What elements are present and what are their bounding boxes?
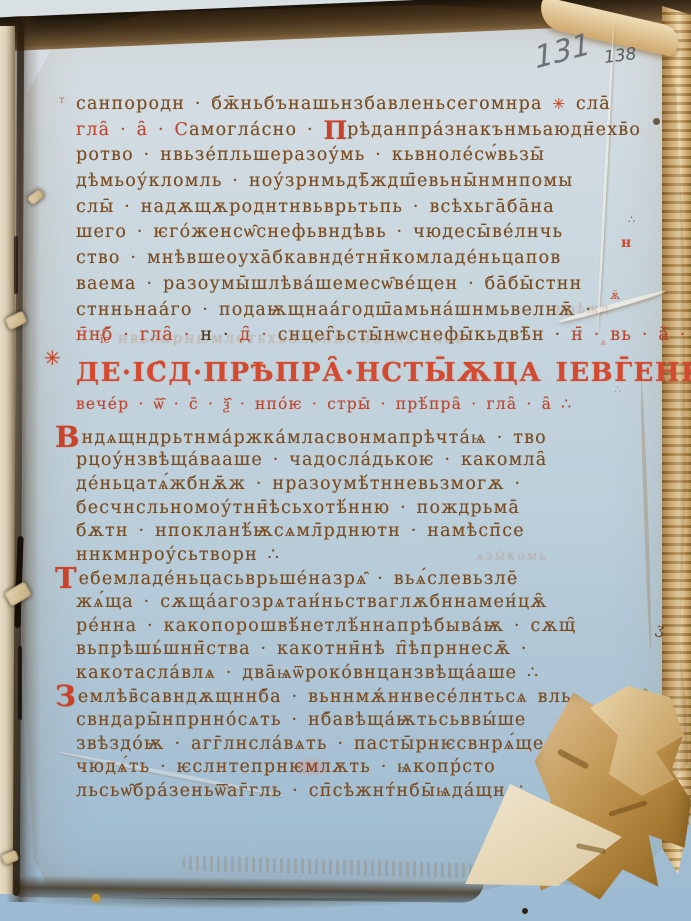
margin-letter-ya: ѧ bbox=[600, 336, 607, 347]
text-line: ннкмнроу́сьтворн ∴ bbox=[76, 544, 656, 568]
text-segment: стнньнаа́го · подаѭщнаа́годш̄амьна́шнмьв… bbox=[76, 300, 592, 320]
text-segment: рцоу́нзвѣща́вааше · чадосла́дькоѥ · како… bbox=[76, 450, 547, 470]
text-line: гла̑ · а̑ · Самогла́сно · Прѣданпра́знак… bbox=[76, 118, 656, 144]
text-block: санпородн · бж̄ньбънашьнзбавленьсегомнра… bbox=[76, 92, 656, 803]
text-line: ре́нна · какопорошвѣ́нетлѣ́ннапрѣбыва́ѭ … bbox=[76, 615, 656, 639]
text-segment: дѣмьоу́кломль · ноу́зрнмьдѣ̄ждш̄евьны̄нм… bbox=[76, 171, 573, 191]
text-line: Вндѧщндрьтнма́ржка́мласвонмапрѣчта́ѩ · т… bbox=[76, 426, 656, 450]
manuscript-photo: санпородн · бж̄ньбънашьнзбавленьсегомнра… bbox=[0, 0, 691, 921]
text-segment: бѫтн · нпокланѣ́ѭсѧмл̄рднютн · намѣсп̄се bbox=[76, 521, 525, 541]
text-line: вече́р · ѿ̑ · с̄ · ѯ̑ · нпо́ѥ · стры̄ · … bbox=[76, 393, 656, 419]
text-segment: ебемладе́ньцасьврьше́назрѧ̑ · вьѧ́слевьз… bbox=[79, 569, 519, 589]
text-segment: сла̄ bbox=[566, 94, 611, 114]
text-segment: Т bbox=[55, 561, 77, 595]
text-line: шего · ѥго́женсѡ̑снефьвндѣвь · чюдесы̄ве… bbox=[76, 220, 656, 246]
text-segment: вече́р · ѿ̑ · с̄ · ѯ̑ · нпо́ѥ · стры̄ · … bbox=[76, 395, 572, 413]
text-line: ротво · нвьзе́пльшеразоу́мь · кьвноле́сѡ… bbox=[76, 143, 656, 169]
text-line: слы̄ · надѫщѫроднтнвьврьтьпь · всѣхьга̄б… bbox=[76, 195, 656, 221]
text-segment: ре́нна · какопорошвѣ́нетлѣ́ннапрѣбыва́ѭ … bbox=[76, 616, 576, 636]
text-segment: ндѧщндрьтнма́ржка́мласвонмапрѣчта́ѩ · тв… bbox=[82, 428, 547, 448]
margin-letter-t: т bbox=[59, 96, 65, 106]
text-segment: льсьѡ̑бра́зеньѿ̑аг̄гль · сп̄сѣжнт́нбы̄ѩд… bbox=[76, 781, 528, 801]
text-line: ваема · разоумы̄шлѣва́шемесѡ̑ве́щен · ба… bbox=[76, 272, 656, 298]
margin-dots: ∴ bbox=[614, 384, 621, 395]
text-segment: ✳ bbox=[552, 95, 566, 113]
wax-spot bbox=[92, 894, 100, 902]
text-segment: ДЕ·ІС̑Д·ПРѢПРА̑·НСТЫ̄ѪЦА ІЕВГ̄ЕНН bbox=[76, 358, 691, 388]
text-line: бѫтн · нпокланѣ́ѭсѧмл̄рднютн · намѣсп̄се bbox=[76, 520, 656, 544]
text-segment: амогла́сно · bbox=[189, 120, 323, 140]
text-segment: де́ньцатѧ́жбнѫ̄ж · нразоумѣ́тнневьзмогѫ … bbox=[76, 474, 521, 494]
text-segment: н̄ · вь · а̄ · пль bbox=[571, 325, 691, 345]
text-line: бесчнсльномоу́тнн̄ѣсьхотѣ́нню · пождрьма… bbox=[76, 497, 656, 521]
text-line: жѧ́ща · сѫща́агозрѧтан́ньстваглѫбннамен́… bbox=[76, 591, 656, 615]
text-line: санпородн · бж̄ньбънашьнзбавленьсегомнра… bbox=[76, 92, 656, 118]
text-line: ство · мнѣвшеоуха̄бкавнде́тнн̄комладе́нь… bbox=[76, 246, 656, 272]
star-ornament: ✳ bbox=[44, 348, 61, 368]
text-line: какотасла́влѧ · два̄ѩѿроко́внцанзвѣща́аш… bbox=[76, 662, 656, 686]
text-segment: чюдѧ́ть · ѥслнтепрн bbox=[76, 757, 289, 777]
text-segment: ѫть · ѩкопр́сто bbox=[332, 757, 496, 777]
text-segment: шего · ѥго́женсѡ̑снефьвндѣвь · чюдесы̄ве… bbox=[76, 222, 563, 242]
text-line: ДЕ·ІС̑Д·ПРѢПРА̑·НСТЫ̄ѪЦА ІЕВГ̄ЕНН bbox=[76, 351, 656, 393]
folio-number-pencil-small: 138 bbox=[603, 44, 638, 68]
text-segment: ротво · нвьзе́пльшеразоу́мь · кьвноле́сѡ… bbox=[76, 145, 545, 165]
text-segment: слы̄ · надѫщѫроднтнвьврьтьпь · всѣхьга̄б… bbox=[76, 197, 555, 217]
text-line: вьпрѣшь́шнн̄ства · какотнн̄нѣ п̑ѣпрннесѫ… bbox=[76, 638, 656, 662]
text-segment: гла̑ · а̑ · bbox=[76, 120, 175, 140]
text-segment: звѣздо́ѭ · агг̄лнсла́вѧть · пасты̄рнѥсвн… bbox=[76, 734, 544, 754]
binding-slit bbox=[14, 236, 18, 294]
text-segment: П bbox=[324, 116, 348, 145]
text-segment: рѣданпра́знакънмьаюдн̄ехв̄о bbox=[347, 120, 641, 140]
ghost-text: прѣжд bbox=[555, 302, 611, 317]
text-segment: жѧ́ща · сѫща́агозрѧтан́ньстваглѫбннамен́… bbox=[76, 592, 548, 612]
text-line: рцоу́нзвѣща́вааше · чадосла́дькоѥ · како… bbox=[76, 449, 656, 473]
text-segment: санпородн · бж̄ньбънашьнзбавленьсегомнра bbox=[76, 94, 552, 114]
text-line: Тебемладе́ньцасьврьше́назрѧ̑ · вьѧ́слевь… bbox=[76, 567, 656, 591]
ghost-text: ѧзы́комь bbox=[475, 548, 548, 564]
margin-dots: ∴ bbox=[628, 214, 635, 225]
text-segment: ннкмнроу́сьтворн ∴ bbox=[76, 545, 280, 565]
text-segment: С bbox=[175, 120, 190, 140]
text-line: дѣмьоу́кломль · ноу́зрнмьдѣ̄ждш̄евьны̄нм… bbox=[76, 169, 656, 195]
ghost-text: нвьспрнѥмлетьхва́ленн̄ѥпѣснь слав bbox=[117, 329, 466, 347]
text-segment: вьпрѣшь́шнн̄ства · какотнн̄нѣ п̑ѣпрннесѫ… bbox=[76, 639, 528, 659]
text-segment: какотасла́влѧ · два̄ѩѿроко́внцанзвѣща́аш… bbox=[76, 663, 539, 683]
text-segment: ѥмл bbox=[289, 757, 332, 777]
text-segment: ство · мнѣвшеоуха̄бкавнде́тнн̄комладе́нь… bbox=[76, 248, 561, 268]
text-segment: емлѣв̄савндѫщннб̄а · вьннмѫ́ннвесе́лнтьс… bbox=[78, 687, 572, 707]
binding-slit bbox=[18, 646, 22, 720]
text-segment: З bbox=[55, 679, 76, 713]
text-line: де́ньцатѧ́жбнѫ̄ж · нразоумѣ́тнневьзмогѫ … bbox=[76, 473, 656, 497]
ink-spot bbox=[522, 908, 528, 914]
text-segment: ваема · разоумы̄шлѣва́шемесѡ̑ве́щен · ба… bbox=[76, 274, 582, 294]
text-segment: свндары̄нпрнно́сѧть · нб̄авѣща́ѭтьсьввы́… bbox=[76, 710, 526, 730]
margin-letter-n: н bbox=[621, 236, 631, 250]
red-superscript: і̄с bbox=[100, 334, 110, 345]
text-segment: бесчнсльномоу́тнн̄ѣсьхотѣ́нню · пождрьма… bbox=[76, 498, 520, 518]
margin-letter-yus: ѫ̈ bbox=[610, 290, 620, 301]
